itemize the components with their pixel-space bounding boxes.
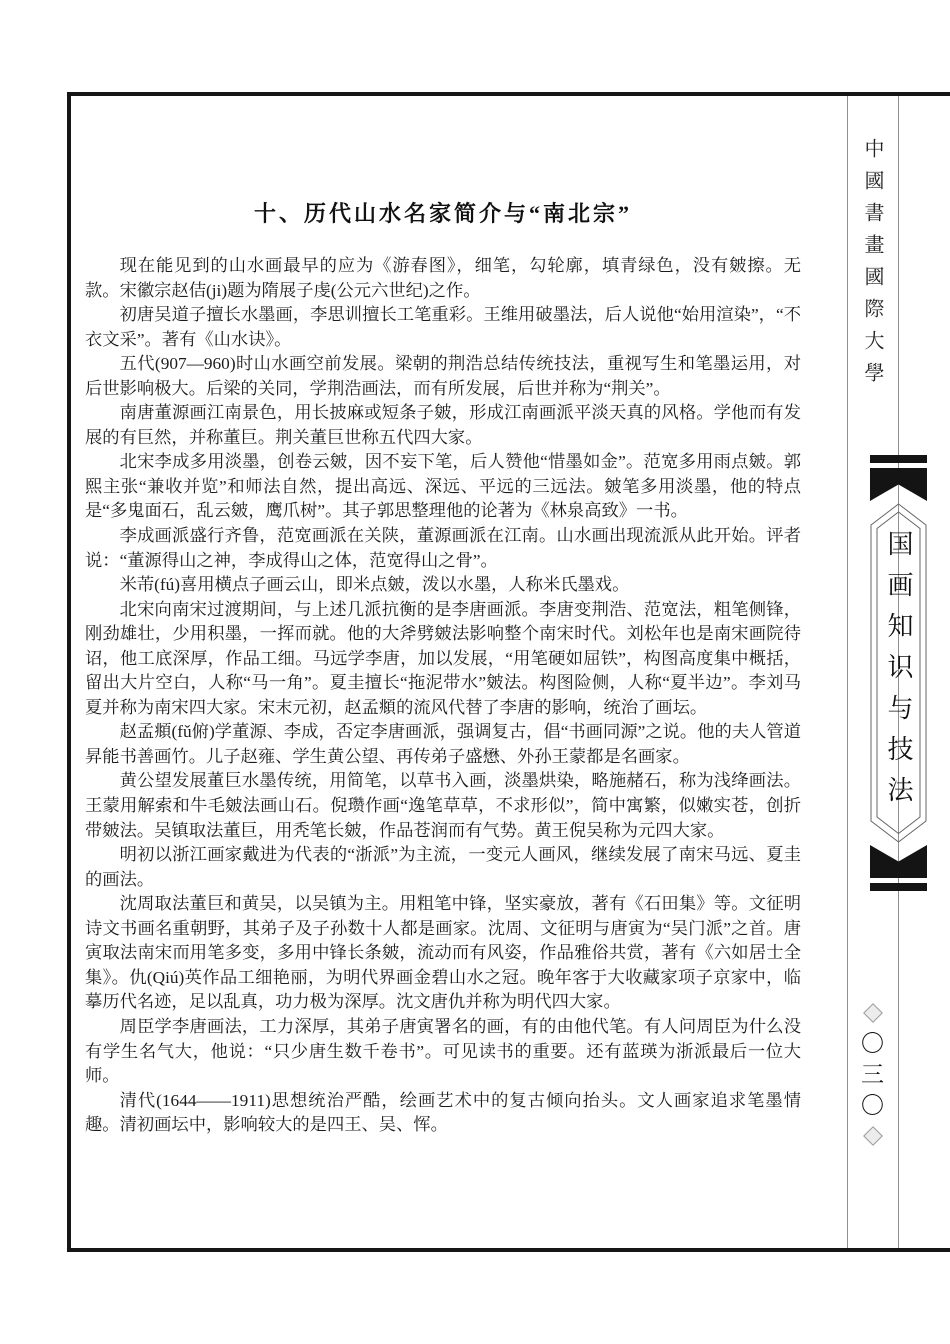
emblem-label: 国画知识与技法 — [880, 530, 917, 817]
body-paragraph: 明初以浙江画家戴进为代表的“浙派”为主流，一变元人画风，继续发展了南宋马远、夏圭… — [85, 843, 801, 892]
body-paragraph: 北宋李成多用淡墨，创卷云皴，因不妄下笔，后人赞他“惜墨如金”。范宽多用雨点皴。郭… — [85, 450, 801, 524]
emblem-bottom-bar — [870, 883, 927, 891]
body-paragraph: 初唐吴道子擅长水墨画，李思训擅长工笔重彩。王维用破墨法，后人说他“始用渲染”，“… — [85, 303, 801, 352]
page-number-char: 三 — [861, 1063, 884, 1086]
page-number: 〇 三 〇 — [847, 1002, 898, 1147]
body-paragraph: 米芾(fú)喜用横点子画云山，即米点皴，泼以水墨，人称米氏墨戏。 — [85, 573, 801, 598]
emblem-top-bar — [870, 455, 927, 463]
series-emblem: 国画知识与技法 — [870, 455, 927, 891]
page-title: 十、历代山水名家简介与“南北宗” — [85, 197, 801, 228]
body-paragraph: 现在能见到的山水画最早的应为《游春图》，细笔，勾轮廓，填青绿色，没有皴擦。无款。… — [85, 254, 801, 303]
body-paragraph: 黄公望发展董巨水墨传统，用简笔，以草书入画，淡墨烘染，略施赭石，称为浅绛画法。王… — [85, 769, 801, 843]
body-paragraph: 清代(1644——1911)思想统治严酷，绘画艺术中的复古倾向抬头。文人画家追求… — [85, 1089, 801, 1138]
body-paragraph: 五代(907—960)时山水画空前发展。梁朝的荆浩总结传统技法，重视写生和笔墨运… — [85, 352, 801, 401]
diamond-ornament-icon — [863, 1003, 883, 1023]
page-number-char: 〇 — [861, 1094, 884, 1117]
sidebar-university-title-text: 中國書畫國際大學 — [858, 138, 887, 398]
diamond-ornament-icon — [863, 1126, 883, 1146]
body-paragraph: 赵孟頫(fǔ俯)学董源、李成，否定李唐画派，强调复古，倡“书画同源”之说。他的夫… — [85, 720, 801, 769]
body-paragraph: 沈周取法董巨和黄吴，以吴镇为主。用粗笔中锋，坚实豪放，著有《石田集》等。文征明诗… — [85, 892, 801, 1015]
body-paragraph: 李成画派盛行齐鲁，范宽画派在关陕，董源画派在江南。山水画出现流派从此开始。评者说… — [85, 524, 801, 573]
emblem-bottom-ribbon — [870, 845, 927, 878]
main-text-column: 十、历代山水名家简介与“南北宗” 现在能见到的山水画最早的应为《游春图》，细笔，… — [85, 197, 801, 1138]
emblem-tag: 国画知识与技法 — [870, 503, 927, 843]
emblem-label-wrap: 国画知识与技法 — [870, 503, 927, 843]
sidebar-university-title: 中國書畫國際大學 — [847, 138, 898, 398]
body-paragraph: 北宋向南宋过渡期间，与上述几派抗衡的是李唐画派。李唐变荆浩、范宽法，粗笔侧锋，刚… — [85, 598, 801, 721]
body-paragraph: 南唐董源画江南景色，用长披麻或短条子皴，形成江南画派平淡天真的风格。学他而有发展… — [85, 401, 801, 450]
body-paragraph: 周臣学李唐画法，工力深厚，其弟子唐寅署名的画，有的由他代笔。有人问周臣为什么没有… — [85, 1015, 801, 1089]
page-number-char: 〇 — [861, 1032, 884, 1055]
emblem-top-ribbon — [870, 468, 927, 501]
